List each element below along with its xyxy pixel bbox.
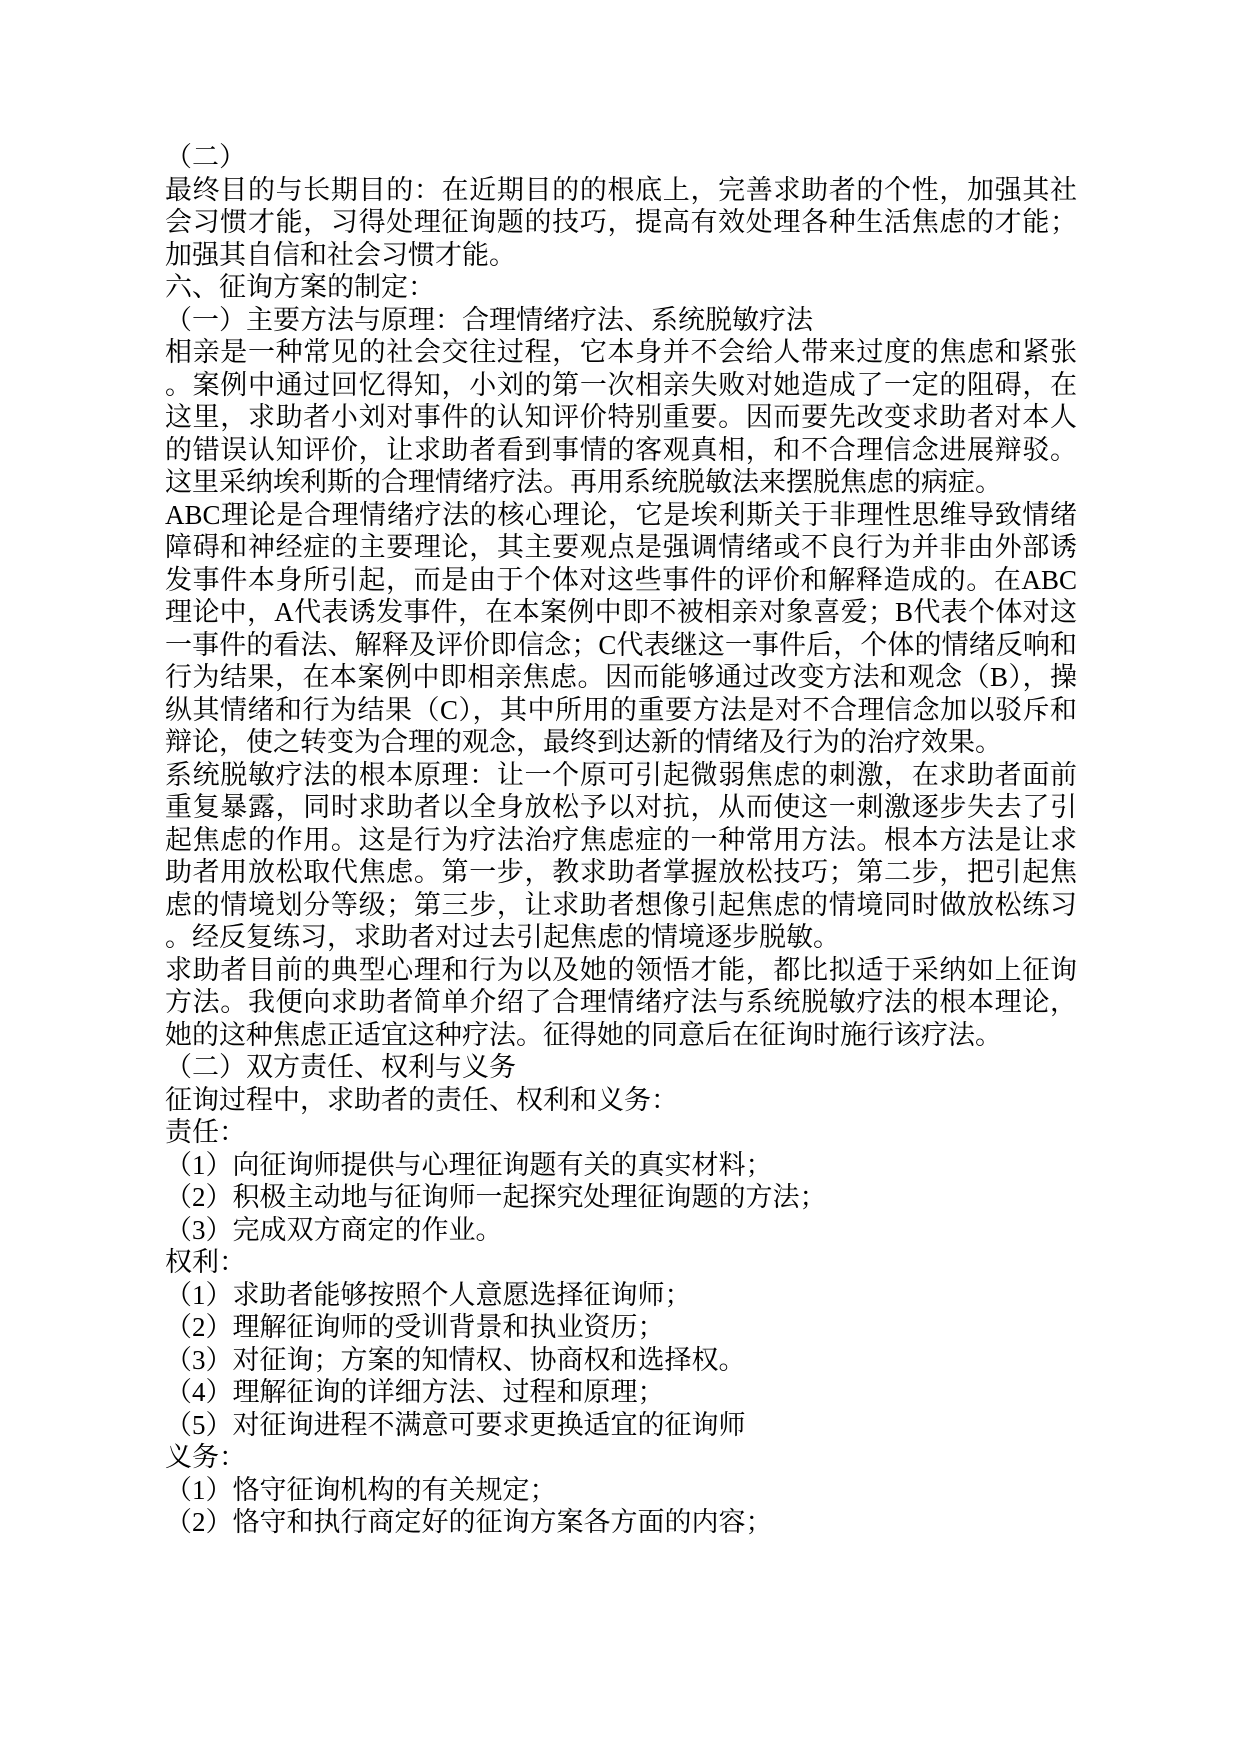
paragraph: （4）理解征询的详细方法、过程和原理；	[165, 1376, 1077, 1409]
paragraph: 相亲是一种常见的社会交往过程，它本身并不会给人带来过度的焦虑和紧张。案例中通过回…	[165, 336, 1077, 499]
paragraph: （5）对征询进程不满意可要求更换适宜的征询师	[165, 1409, 1077, 1442]
paragraph: （二）双方责任、权利与义务	[165, 1051, 1077, 1084]
paragraph: 最终目的与长期目的：在近期目的的根底上，完善求助者的个性，加强其社会习惯才能，习…	[165, 174, 1077, 272]
document-body: （二）最终目的与长期目的：在近期目的的根底上，完善求助者的个性，加强其社会习惯才…	[165, 141, 1077, 1539]
paragraph: （2）恪守和执行商定好的征询方案各方面的内容；	[165, 1506, 1077, 1539]
document-page: （二）最终目的与长期目的：在近期目的的根底上，完善求助者的个性，加强其社会习惯才…	[0, 0, 1241, 1754]
paragraph: （2）理解征询师的受训背景和执业资历；	[165, 1311, 1077, 1344]
paragraph: 六、征询方案的制定：	[165, 271, 1077, 304]
paragraph: （1）恪守征询机构的有关规定；	[165, 1474, 1077, 1507]
paragraph: （1）向征询师提供与心理征询题有关的真实材料；	[165, 1149, 1077, 1182]
paragraph: 权利：	[165, 1246, 1077, 1279]
paragraph: 求助者目前的典型心理和行为以及她的领悟才能，都比拟适于采纳如上征询方法。我便向求…	[165, 954, 1077, 1052]
paragraph: （3）对征询；方案的知情权、协商权和选择权。	[165, 1344, 1077, 1377]
paragraph: 责任：	[165, 1116, 1077, 1149]
paragraph: （二）	[165, 141, 1077, 174]
paragraph: （3）完成双方商定的作业。	[165, 1214, 1077, 1247]
paragraph: 义务：	[165, 1441, 1077, 1474]
paragraph: 系统脱敏疗法的根本原理：让一个原可引起微弱焦虑的刺激，在求助者面前重复暴露，同时…	[165, 759, 1077, 954]
paragraph: 征询过程中，求助者的责任、权利和义务：	[165, 1084, 1077, 1117]
paragraph: （一）主要方法与原理：合理情绪疗法、系统脱敏疗法	[165, 304, 1077, 337]
paragraph: ABC理论是合理情绪疗法的核心理论，它是埃利斯关于非理性思维导致情绪障碍和神经症…	[165, 499, 1077, 759]
paragraph: （1）求助者能够按照个人意愿选择征询师；	[165, 1279, 1077, 1312]
paragraph: （2）积极主动地与征询师一起探究处理征询题的方法；	[165, 1181, 1077, 1214]
